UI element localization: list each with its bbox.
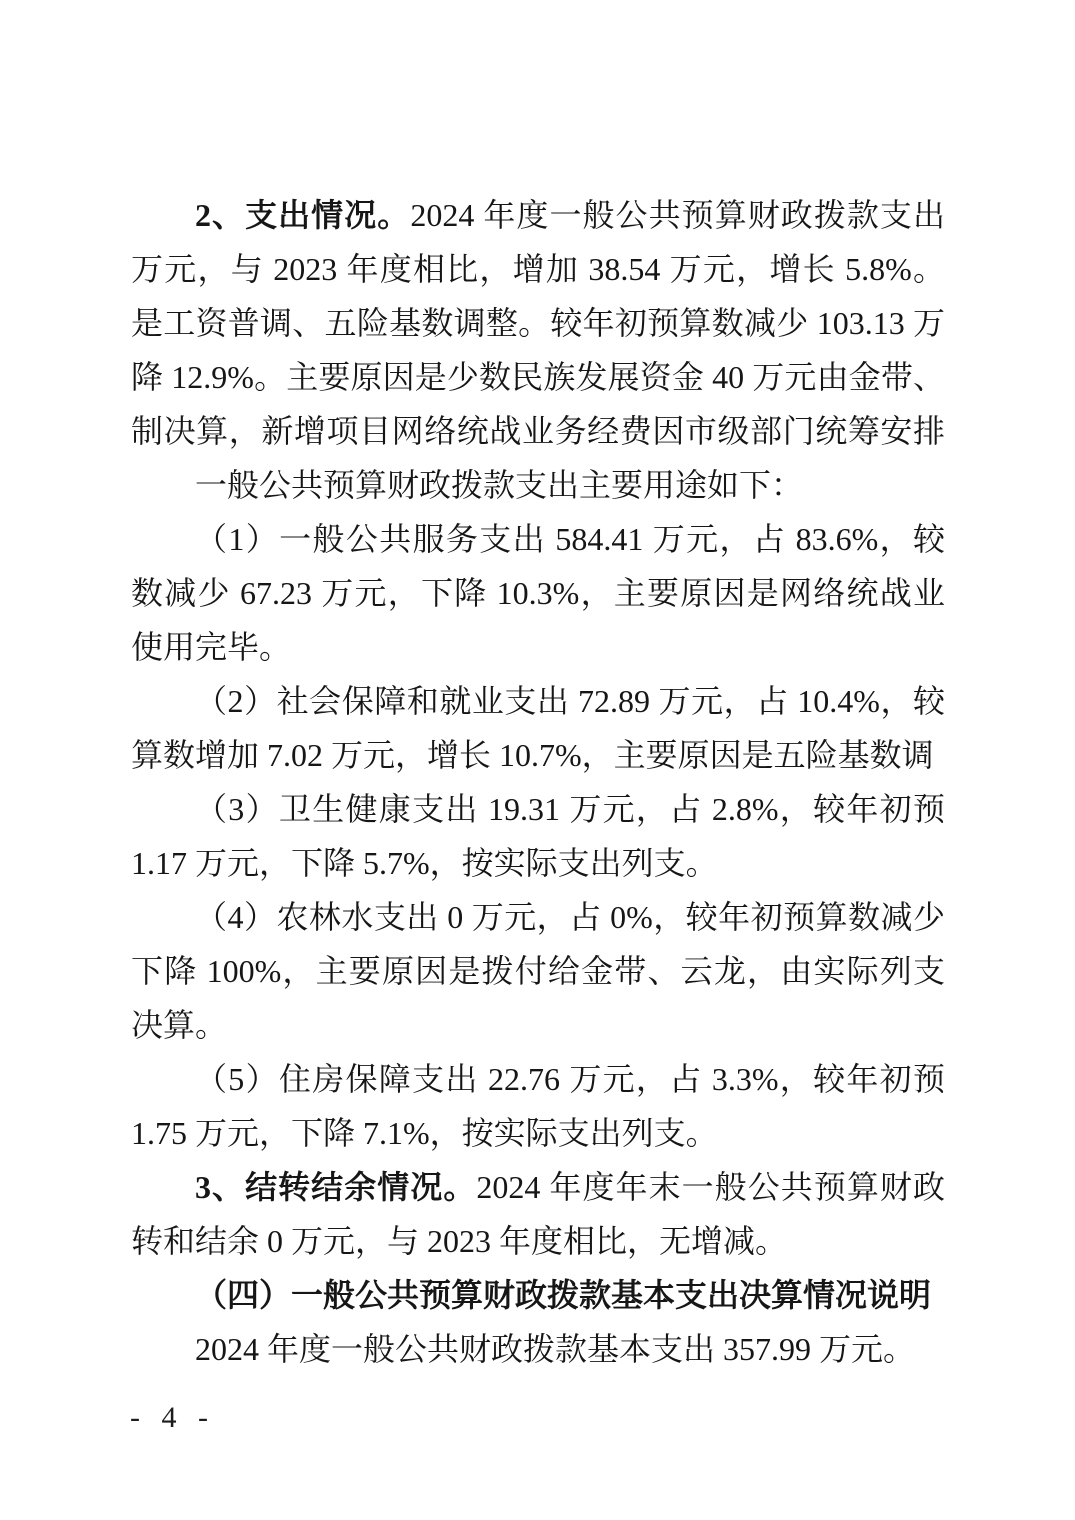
text-line: （1）一般公共服务支出 584.41 万元，占 83.6%，较年初预算 xyxy=(131,512,945,566)
text-segment: 一般公共预算财政拨款支出主要用途如下： xyxy=(195,467,803,503)
text-segment: 2024 年度一般公共财政拨款基本支出 357.99 万元。 xyxy=(195,1331,915,1367)
text-line: （5）住房保障支出 22.76 万元，占 3.3%，较年初预算数减少 xyxy=(131,1052,945,1106)
text-segment: 使用完毕。 xyxy=(131,629,291,665)
text-segment: 决算。 xyxy=(131,1007,227,1043)
text-segment: （2）社会保障和就业支出 72.89 万元，占 10.4%，较年初预 xyxy=(131,683,945,728)
text-segment: 数减少 67.23 万元，下降 10.3%，主要原因是网络统战业务经费未 xyxy=(131,575,945,620)
document-page: 2、支出情况。2024 年度一般公共预算财政拨款支出 699.37万元，与 20… xyxy=(0,0,1075,1520)
text-line: 数减少 67.23 万元，下降 10.3%，主要原因是网络统战业务经费未 xyxy=(131,566,945,620)
text-line: （2）社会保障和就业支出 72.89 万元，占 10.4%，较年初预 xyxy=(131,674,945,728)
text-segment: 1.17 万元，下降 5.7%，按实际支出列支。 xyxy=(131,845,718,881)
text-line: 是工资普调、五险基数调整。较年初预算数减少 103.13 万元，下 xyxy=(131,296,945,350)
text-line: 算数增加 7.02 万元，增长 10.7%，主要原因是五险基数调整。 xyxy=(131,728,945,782)
text-segment: 制决算，新增项目网络统战业务经费因市级部门统筹安排而暂停。 xyxy=(131,413,945,458)
text-segment: 下降 100%，主要原因是拨付给金带、云龙，由实际列支乡镇编制 xyxy=(131,953,945,998)
text-line: 降 12.9%。主要原因是少数民族发展资金 40 万元由金带、云龙编 xyxy=(131,350,945,404)
bold-text-segment: 2、支出情况。 xyxy=(195,197,410,233)
text-segment: 万元，与 2023 年度相比，增加 38.54 万元，增长 5.8%。主要原因 xyxy=(131,251,945,296)
bold-text-segment: （四）一般公共预算财政拨款基本支出决算情况说明 xyxy=(195,1277,931,1313)
document-body: 2、支出情况。2024 年度一般公共预算财政拨款支出 699.37万元，与 20… xyxy=(131,188,945,1376)
text-segment: 降 12.9%。主要原因是少数民族发展资金 40 万元由金带、云龙编 xyxy=(131,359,945,404)
text-line: 下降 100%，主要原因是拨付给金带、云龙，由实际列支乡镇编制 xyxy=(131,944,945,998)
bold-text-segment: 3、结转结余情况。 xyxy=(195,1169,476,1205)
text-segment: （5）住房保障支出 22.76 万元，占 3.3%，较年初预算数减少 xyxy=(131,1061,945,1106)
text-line: 1.17 万元，下降 5.7%，按实际支出列支。 xyxy=(131,836,945,890)
text-segment: （3）卫生健康支出 19.31 万元，占 2.8%，较年初预算数减少 xyxy=(131,791,945,836)
text-line: 2、支出情况。2024 年度一般公共预算财政拨款支出 699.37 xyxy=(131,188,945,242)
text-segment: （1）一般公共服务支出 584.41 万元，占 83.6%，较年初预算 xyxy=(131,521,945,566)
text-line: 一般公共预算财政拨款支出主要用途如下： xyxy=(131,458,945,512)
page-number: - 4 - xyxy=(130,1396,215,1440)
text-line: 决算。 xyxy=(131,998,945,1052)
text-segment: 1.75 万元，下降 7.1%，按实际支出列支。 xyxy=(131,1115,718,1151)
text-line: 使用完毕。 xyxy=(131,620,945,674)
text-segment: 算数增加 7.02 万元，增长 10.7%，主要原因是五险基数调整。 xyxy=(131,737,934,782)
text-line: （四）一般公共预算财政拨款基本支出决算情况说明 xyxy=(131,1268,945,1322)
text-line: 3、结转结余情况。2024 年度年末一般公共预算财政拨款结 xyxy=(131,1160,945,1214)
text-segment: 转和结余 0 万元，与 2023 年度相比，无增减。 xyxy=(131,1223,787,1259)
text-line: 2024 年度一般公共财政拨款基本支出 357.99 万元。 xyxy=(131,1322,945,1376)
text-line: 制决算，新增项目网络统战业务经费因市级部门统筹安排而暂停。 xyxy=(131,404,945,458)
text-line: （4）农林水支出 0 万元，占 0%，较年初预算数减少 40 万元， xyxy=(131,890,945,944)
text-line: 1.75 万元，下降 7.1%，按实际支出列支。 xyxy=(131,1106,945,1160)
text-line: 万元，与 2023 年度相比，增加 38.54 万元，增长 5.8%。主要原因 xyxy=(131,242,945,296)
text-segment: 是工资普调、五险基数调整。较年初预算数减少 103.13 万元，下 xyxy=(131,305,945,350)
text-segment: （4）农林水支出 0 万元，占 0%，较年初预算数减少 40 万元， xyxy=(131,899,945,944)
text-line: 转和结余 0 万元，与 2023 年度相比，无增减。 xyxy=(131,1214,945,1268)
text-line: （3）卫生健康支出 19.31 万元，占 2.8%，较年初预算数减少 xyxy=(131,782,945,836)
